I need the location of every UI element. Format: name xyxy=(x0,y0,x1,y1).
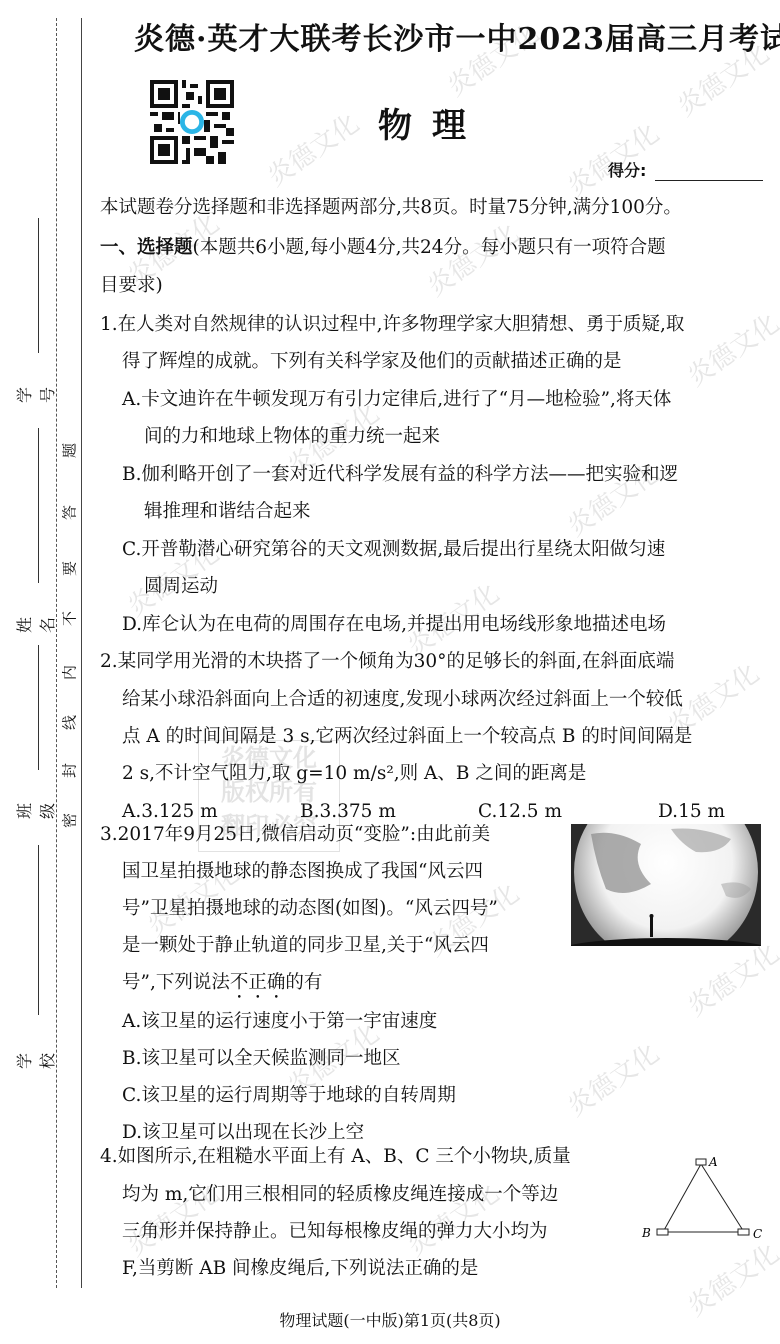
question-3-stem-cont: 国卫星拍摄地球的静态图换成了我国“风云四 xyxy=(122,860,483,884)
score-field[interactable] xyxy=(655,180,763,181)
score-label: 得分: xyxy=(608,158,646,181)
student-id-label: 学 号 xyxy=(12,382,58,408)
question-3-option-c[interactable]: C.该卫星的运行周期等于地球的自转周期 xyxy=(122,1084,456,1108)
school-line[interactable] xyxy=(38,845,39,1015)
section-note-cont: 目要求) xyxy=(100,274,163,298)
stem-text: 在人类对自然规律的认识过程中,许多物理学家大胆猜想、勇于质疑,取 xyxy=(118,314,685,335)
option-label: B. xyxy=(122,464,141,485)
option-text: 15 m xyxy=(678,801,725,822)
question-2-option-c[interactable]: C.12.5 m xyxy=(478,800,562,824)
emphasis-text: 不正确 xyxy=(230,972,286,993)
watermark: 炎德文化 xyxy=(259,104,365,194)
question-number: 1. xyxy=(100,314,118,335)
option-label: D. xyxy=(122,1122,142,1143)
school-label: 学 校 xyxy=(12,1048,58,1074)
seal-char: 题 xyxy=(59,442,80,460)
question-2-option-a[interactable]: A.3.125 m xyxy=(122,800,218,824)
name-line[interactable] xyxy=(38,428,39,583)
option-text-cont: 间的力和地球上物体的重力统一起来 xyxy=(144,425,440,449)
question-2-stem-cont: 2 s,不计空气阻力,取 g=10 m/s²,则 A、B 之间的距离是 xyxy=(122,762,586,786)
seal-char: 不 xyxy=(59,610,80,628)
option-text: 该卫星的运行速度小于第一宇宙速度 xyxy=(141,1011,437,1032)
question-1-option-d[interactable]: D.库仑认为在电荷的周围存在电场,并提出用电场线形象地描述电场 xyxy=(122,613,666,637)
option-text: 3.375 m xyxy=(319,801,395,822)
question-3-stem-cont: 号”卫星拍摄地球的动态图(如图)。“风云四号” xyxy=(122,897,498,921)
label-c: C xyxy=(753,1227,762,1241)
triangle-diagram: A B C xyxy=(640,1152,770,1242)
question-number: 2. xyxy=(100,651,118,672)
section-note: (本题共6小题,每小题4分,共24分。每小题只有一项符合题 xyxy=(193,237,666,258)
section-heading: 一、选择题(本题共6小题,每小题4分,共24分。每小题只有一项符合题 xyxy=(100,236,666,260)
option-label: C. xyxy=(122,1085,141,1106)
question-1-option-b[interactable]: B.伽利略开创了一套对近代科学发展有益的科学方法——把实验和逻 xyxy=(122,463,678,487)
option-label: A. xyxy=(122,1011,141,1032)
page-footer: 物理试题(一中版)第1页(共8页) xyxy=(0,1308,780,1331)
question-2-option-d[interactable]: D.15 m xyxy=(658,800,725,824)
option-text: 库仑认为在电荷的周围存在电场,并提出用电场线形象地描述电场 xyxy=(142,614,666,635)
cut-line-dashed xyxy=(56,18,57,1288)
stem-text: 的有 xyxy=(285,972,322,993)
option-text: 该卫星的运行周期等于地球的自转周期 xyxy=(141,1085,456,1106)
option-text: 该卫星可以全天候监测同一地区 xyxy=(141,1048,400,1069)
stem-text: 如图所示,在粗糙水平面上有 A、B、C 三个小物块,质量 xyxy=(118,1146,571,1167)
option-text: 卡文迪许在牛顿发现万有引力定律后,进行了“月—地检验”,将天体 xyxy=(141,389,671,410)
question-2-stem-cont: 给某小球沿斜面向上合适的初速度,发现小球两次经过斜面上一个较低 xyxy=(122,688,683,712)
question-3-stem-cont: 号”,下列说法不正确的有 xyxy=(122,971,322,1003)
question-4-stem-cont: 均为 m,它们用三根相同的轻质橡皮绳连接成一个等边 xyxy=(122,1183,558,1207)
stem-text: 某同学用光滑的木块搭了一个倾角为30°的足够长的斜面,在斜面底端 xyxy=(118,651,675,672)
question-3-stem: 3.2017年9月25日,微信启动页“变脸”:由此前美 xyxy=(100,823,490,847)
seal-char: 内 xyxy=(59,664,80,682)
question-3-option-b[interactable]: B.该卫星可以全天候监测同一地区 xyxy=(122,1047,401,1071)
option-text: 12.5 m xyxy=(497,801,562,822)
qr-code-icon xyxy=(150,80,234,164)
student-id-line[interactable] xyxy=(38,218,39,353)
stem-text: 号”,下列说法 xyxy=(122,972,230,993)
option-text-cont: 辑推理和谐结合起来 xyxy=(144,500,311,524)
option-label: C. xyxy=(478,801,497,822)
section-title: 一、选择题 xyxy=(100,237,193,258)
question-3-stem-cont: 是一颗处于静止轨道的同步卫星,关于“风云四 xyxy=(122,934,489,958)
option-label: A. xyxy=(122,389,141,410)
option-label: A. xyxy=(122,801,141,822)
option-label: C. xyxy=(122,539,141,560)
question-1-option-a[interactable]: A.卡文迪许在牛顿发现万有引力定律后,进行了“月—地检验”,将天体 xyxy=(122,388,671,412)
exam-title: 炎德·英才大联考长沙市一中2023届高三月考试卷(三) xyxy=(134,14,780,58)
option-label: D. xyxy=(122,614,142,635)
seal-char: 线 xyxy=(59,714,80,732)
question-2-stem: 2.某同学用光滑的木块搭了一个倾角为30°的足够长的斜面,在斜面底端 xyxy=(100,650,674,674)
label-b: B xyxy=(641,1226,651,1240)
class-label: 班 级 xyxy=(12,798,58,824)
seal-char: 密 xyxy=(59,812,80,830)
class-line[interactable] xyxy=(38,645,39,770)
question-number: 4. xyxy=(100,1146,118,1167)
watermark: 炎德文化 xyxy=(559,1034,665,1124)
name-label: 姓 名 xyxy=(12,612,58,638)
question-4-stem-cont: 三角形并保持静止。已知每根橡皮绳的弹力大小均为 xyxy=(122,1220,548,1244)
question-number: 3. xyxy=(100,824,118,845)
subject-title: 物理 xyxy=(378,98,486,147)
watermark: 炎德文化 xyxy=(679,304,780,394)
option-text: 该卫星可以出现在长沙上空 xyxy=(142,1122,364,1143)
option-label: D. xyxy=(658,801,678,822)
option-text: 3.125 m xyxy=(141,801,217,822)
question-2-stem-cont: 点 A 的时间间隔是 3 s,它两次经过斜面上一个较高点 B 的时间间隔是 xyxy=(122,725,692,749)
question-3-option-d[interactable]: D.该卫星可以出现在长沙上空 xyxy=(122,1121,364,1145)
option-label: B. xyxy=(300,801,319,822)
question-1-stem-cont: 得了辉煌的成就。下列有关科学家及他们的贡献描述正确的是 xyxy=(122,350,622,374)
earth-photo xyxy=(571,824,761,946)
option-text: 开普勒潜心研究第谷的天文观测数据,最后提出行星绕太阳做匀速 xyxy=(141,539,665,560)
seal-char: 要 xyxy=(59,560,80,578)
option-text-cont: 圆周运动 xyxy=(144,575,218,599)
question-1-option-c[interactable]: C.开普勒潜心研究第谷的天文观测数据,最后提出行星绕太阳做匀速 xyxy=(122,538,665,562)
question-3-option-a[interactable]: A.该卫星的运行速度小于第一宇宙速度 xyxy=(122,1010,437,1034)
question-1-stem: 1.在人类对自然规律的认识过程中,许多物理学家大胆猜想、勇于质疑,取 xyxy=(100,313,684,337)
exam-instructions: 本试题卷分选择题和非选择题两部分,共8页。时量75分钟,满分100分。 xyxy=(100,196,682,220)
margin-border xyxy=(81,18,82,1288)
question-4-stem-cont: F,当剪断 AB 间橡皮绳后,下列说法正确的是 xyxy=(122,1257,478,1281)
watermark: 炎德文化 xyxy=(679,934,780,1024)
seal-char: 答 xyxy=(59,504,80,522)
question-4-stem: 4.如图所示,在粗糙水平面上有 A、B、C 三个小物块,质量 xyxy=(100,1145,571,1169)
seal-char: 封 xyxy=(59,762,80,780)
stem-text: 2017年9月25日,微信启动页“变脸”:由此前美 xyxy=(118,824,490,845)
question-2-option-b[interactable]: B.3.375 m xyxy=(300,800,396,824)
option-label: B. xyxy=(122,1048,141,1069)
option-text: 伽利略开创了一套对近代科学发展有益的科学方法——把实验和逻 xyxy=(141,464,678,485)
label-a: A xyxy=(708,1155,718,1169)
